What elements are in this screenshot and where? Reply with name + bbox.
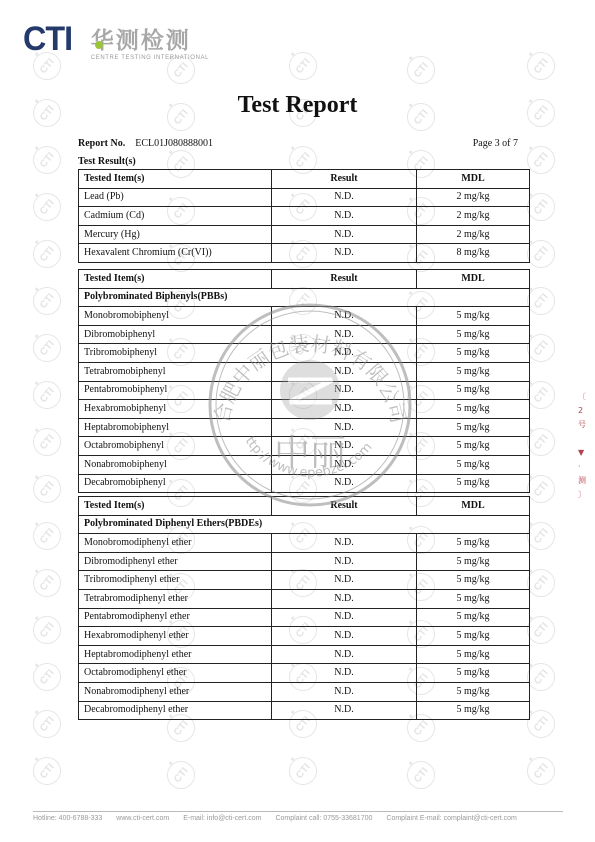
result-cell: N.D. bbox=[272, 682, 417, 701]
item-cell: Nonabromobiphenyl bbox=[79, 455, 272, 474]
result-cell: N.D. bbox=[272, 207, 417, 226]
group-row: Polybrominated Biphenyls(PBBs) bbox=[79, 288, 530, 307]
item-cell: Octabromodiphenyl ether bbox=[79, 664, 272, 683]
item-cell: Tribromobiphenyl bbox=[79, 344, 272, 363]
item-cell: Dibromobiphenyl bbox=[79, 325, 272, 344]
table-row: Nonabromodiphenyl etherN.D.5 mg/kg bbox=[79, 682, 530, 701]
result-cell: N.D. bbox=[272, 608, 417, 627]
table-header-row: Tested Item(s) Result MDL bbox=[79, 270, 530, 289]
item-cell: Hexabromodiphenyl ether bbox=[79, 627, 272, 646]
result-cell: N.D. bbox=[272, 225, 417, 244]
item-cell: Monobromodiphenyl ether bbox=[79, 534, 272, 553]
result-cell: N.D. bbox=[272, 552, 417, 571]
item-cell: Decabromobiphenyl bbox=[79, 474, 272, 493]
mdl-cell: 5 mg/kg bbox=[417, 307, 530, 326]
table-row: HeptabromobiphenylN.D.5 mg/kg bbox=[79, 418, 530, 437]
logo-en-text: CENTRE TESTING INTERNATIONAL bbox=[91, 55, 209, 61]
item-cell: Tetrabromodiphenyl ether bbox=[79, 589, 272, 608]
mdl-cell: 5 mg/kg bbox=[417, 701, 530, 720]
footer-complaint-email[interactable]: Complaint E-mail: complaint@cti-cert.com bbox=[386, 815, 516, 822]
table-row: HexabromobiphenylN.D.5 mg/kg bbox=[79, 400, 530, 419]
col-header-result: Result bbox=[272, 270, 417, 289]
footer-divider bbox=[33, 811, 563, 812]
result-cell: N.D. bbox=[272, 474, 417, 493]
mdl-cell: 5 mg/kg bbox=[417, 534, 530, 553]
result-cell: N.D. bbox=[272, 362, 417, 381]
item-cell: Tetrabromobiphenyl bbox=[79, 362, 272, 381]
mdl-cell: 5 mg/kg bbox=[417, 571, 530, 590]
side-seam-stamp: 〔2号▼·测〕 bbox=[578, 390, 592, 502]
table-row: Tribromodiphenyl etherN.D.5 mg/kg bbox=[79, 571, 530, 590]
table-row: Tetrabromodiphenyl etherN.D.5 mg/kg bbox=[79, 589, 530, 608]
item-cell: Monobromobiphenyl bbox=[79, 307, 272, 326]
pbdes-table: Tested Item(s) Result MDL Polybrominated… bbox=[78, 496, 530, 720]
col-header-result: Result bbox=[272, 497, 417, 516]
logo-cn-text: 华测检测 bbox=[91, 28, 209, 54]
mdl-cell: 5 mg/kg bbox=[417, 455, 530, 474]
item-cell: Hexavalent Chromium (Cr(VI)) bbox=[79, 244, 272, 263]
mdl-cell: 2 mg/kg bbox=[417, 225, 530, 244]
item-cell: Lead (Pb) bbox=[79, 188, 272, 207]
result-cell: N.D. bbox=[272, 701, 417, 720]
result-cell: N.D. bbox=[272, 571, 417, 590]
item-cell: Pentabromodiphenyl ether bbox=[79, 608, 272, 627]
heavy-metals-table: Tested Item(s) Result MDL Lead (Pb)N.D.2… bbox=[78, 169, 530, 263]
item-cell: Hexabromobiphenyl bbox=[79, 400, 272, 419]
report-no-label: Report No. bbox=[78, 138, 125, 149]
result-cell: N.D. bbox=[272, 418, 417, 437]
logo-cti-text: CTI bbox=[23, 22, 72, 56]
result-cell: N.D. bbox=[272, 589, 417, 608]
item-cell: Pentabromobiphenyl bbox=[79, 381, 272, 400]
table-row: Pentabromodiphenyl etherN.D.5 mg/kg bbox=[79, 608, 530, 627]
result-cell: N.D. bbox=[272, 344, 417, 363]
col-header-item: Tested Item(s) bbox=[79, 497, 272, 516]
footer-email[interactable]: E-mail: info@cti-cert.com bbox=[183, 815, 261, 822]
mdl-cell: 5 mg/kg bbox=[417, 589, 530, 608]
result-cell: N.D. bbox=[272, 307, 417, 326]
result-cell: N.D. bbox=[272, 400, 417, 419]
page-title: Test Report bbox=[0, 92, 595, 119]
table-header-row: Tested Item(s) Result MDL bbox=[79, 497, 530, 516]
table-row: MonobromobiphenylN.D.5 mg/kg bbox=[79, 307, 530, 326]
table-row: Octabromodiphenyl etherN.D.5 mg/kg bbox=[79, 664, 530, 683]
result-cell: N.D. bbox=[272, 455, 417, 474]
table-row: NonabromobiphenylN.D.5 mg/kg bbox=[79, 455, 530, 474]
result-cell: N.D. bbox=[272, 381, 417, 400]
mdl-cell: 5 mg/kg bbox=[417, 381, 530, 400]
pbbs-table: Tested Item(s) Result MDL Polybrominated… bbox=[78, 269, 530, 493]
result-cell: N.D. bbox=[272, 627, 417, 646]
table-row: TribromobiphenylN.D.5 mg/kg bbox=[79, 344, 530, 363]
table-row: TetrabromobiphenylN.D.5 mg/kg bbox=[79, 362, 530, 381]
result-cell: N.D. bbox=[272, 664, 417, 683]
table-row: DecabromobiphenylN.D.5 mg/kg bbox=[79, 474, 530, 493]
table-row: Hexavalent Chromium (Cr(VI))N.D.8 mg/kg bbox=[79, 244, 530, 263]
table-row: Heptabromodiphenyl etherN.D.5 mg/kg bbox=[79, 645, 530, 664]
item-cell: Decabromodiphenyl ether bbox=[79, 701, 272, 720]
footer-hotline: Hotline: 400-6788-333 bbox=[33, 815, 102, 822]
table-row: Dibromodiphenyl etherN.D.5 mg/kg bbox=[79, 552, 530, 571]
item-cell: Cadmium (Cd) bbox=[79, 207, 272, 226]
item-cell: Tribromodiphenyl ether bbox=[79, 571, 272, 590]
col-header-result: Result bbox=[272, 170, 417, 189]
mdl-cell: 8 mg/kg bbox=[417, 244, 530, 263]
table-row: Lead (Pb)N.D.2 mg/kg bbox=[79, 188, 530, 207]
page-number: Page 3 of 7 bbox=[473, 138, 518, 149]
section-title: Test Result(s) bbox=[78, 156, 136, 167]
result-cell: N.D. bbox=[272, 645, 417, 664]
mdl-cell: 5 mg/kg bbox=[417, 400, 530, 419]
report-no-value: ECL01J080888001 bbox=[135, 138, 213, 149]
table-row: OctabromobiphenylN.D.5 mg/kg bbox=[79, 437, 530, 456]
result-cell: N.D. bbox=[272, 244, 417, 263]
mdl-cell: 5 mg/kg bbox=[417, 608, 530, 627]
table-header-row: Tested Item(s) Result MDL bbox=[79, 170, 530, 189]
result-cell: N.D. bbox=[272, 437, 417, 456]
col-header-mdl: MDL bbox=[417, 270, 530, 289]
col-header-item: Tested Item(s) bbox=[79, 270, 272, 289]
col-header-item: Tested Item(s) bbox=[79, 170, 272, 189]
mdl-cell: 5 mg/kg bbox=[417, 474, 530, 493]
table-row: Decabromodiphenyl etherN.D.5 mg/kg bbox=[79, 701, 530, 720]
table-row: Hexabromodiphenyl etherN.D.5 mg/kg bbox=[79, 627, 530, 646]
mdl-cell: 5 mg/kg bbox=[417, 325, 530, 344]
result-cell: N.D. bbox=[272, 534, 417, 553]
mdl-cell: 5 mg/kg bbox=[417, 418, 530, 437]
col-header-mdl: MDL bbox=[417, 170, 530, 189]
mdl-cell: 5 mg/kg bbox=[417, 362, 530, 381]
logo-dot-icon bbox=[95, 41, 103, 49]
mdl-cell: 2 mg/kg bbox=[417, 188, 530, 207]
mdl-cell: 2 mg/kg bbox=[417, 207, 530, 226]
item-cell: Heptabromobiphenyl bbox=[79, 418, 272, 437]
table-row: DibromobiphenylN.D.5 mg/kg bbox=[79, 325, 530, 344]
mdl-cell: 5 mg/kg bbox=[417, 682, 530, 701]
item-cell: Octabromobiphenyl bbox=[79, 437, 272, 456]
group-title-pbbs: Polybrominated Biphenyls(PBBs) bbox=[79, 288, 530, 307]
item-cell: Dibromodiphenyl ether bbox=[79, 552, 272, 571]
mdl-cell: 5 mg/kg bbox=[417, 645, 530, 664]
item-cell: Nonabromodiphenyl ether bbox=[79, 682, 272, 701]
table-row: PentabromobiphenylN.D.5 mg/kg bbox=[79, 381, 530, 400]
item-cell: Heptabromodiphenyl ether bbox=[79, 645, 272, 664]
report-meta: Report No.ECL01J080888001 Page 3 of 7 bbox=[78, 138, 518, 149]
cti-logo: CTI 华测检测 CENTRE TESTING INTERNATIONAL bbox=[23, 22, 209, 61]
result-cell: N.D. bbox=[272, 325, 417, 344]
report-page: CTI 华测检测 CENTRE TESTING INTERNATIONAL Te… bbox=[0, 0, 595, 842]
group-title-pbdes: Polybrominated Diphenyl Ethers(PBDEs) bbox=[79, 515, 530, 534]
mdl-cell: 5 mg/kg bbox=[417, 627, 530, 646]
footer-website[interactable]: www.cti-cert.com bbox=[116, 815, 169, 822]
result-cell: N.D. bbox=[272, 188, 417, 207]
item-cell: Mercury (Hg) bbox=[79, 225, 272, 244]
table-row: Mercury (Hg)N.D.2 mg/kg bbox=[79, 225, 530, 244]
col-header-mdl: MDL bbox=[417, 497, 530, 516]
footer-complaint-call: Complaint call: 0755-33681700 bbox=[275, 815, 372, 822]
mdl-cell: 5 mg/kg bbox=[417, 664, 530, 683]
logo-cn-block: 华测检测 CENTRE TESTING INTERNATIONAL bbox=[91, 28, 209, 61]
mdl-cell: 5 mg/kg bbox=[417, 344, 530, 363]
table-row: Cadmium (Cd)N.D.2 mg/kg bbox=[79, 207, 530, 226]
mdl-cell: 5 mg/kg bbox=[417, 437, 530, 456]
group-row: Polybrominated Diphenyl Ethers(PBDEs) bbox=[79, 515, 530, 534]
footer: Hotline: 400-6788-333 www.cti-cert.com E… bbox=[33, 815, 573, 822]
mdl-cell: 5 mg/kg bbox=[417, 552, 530, 571]
table-row: Monobromodiphenyl etherN.D.5 mg/kg bbox=[79, 534, 530, 553]
